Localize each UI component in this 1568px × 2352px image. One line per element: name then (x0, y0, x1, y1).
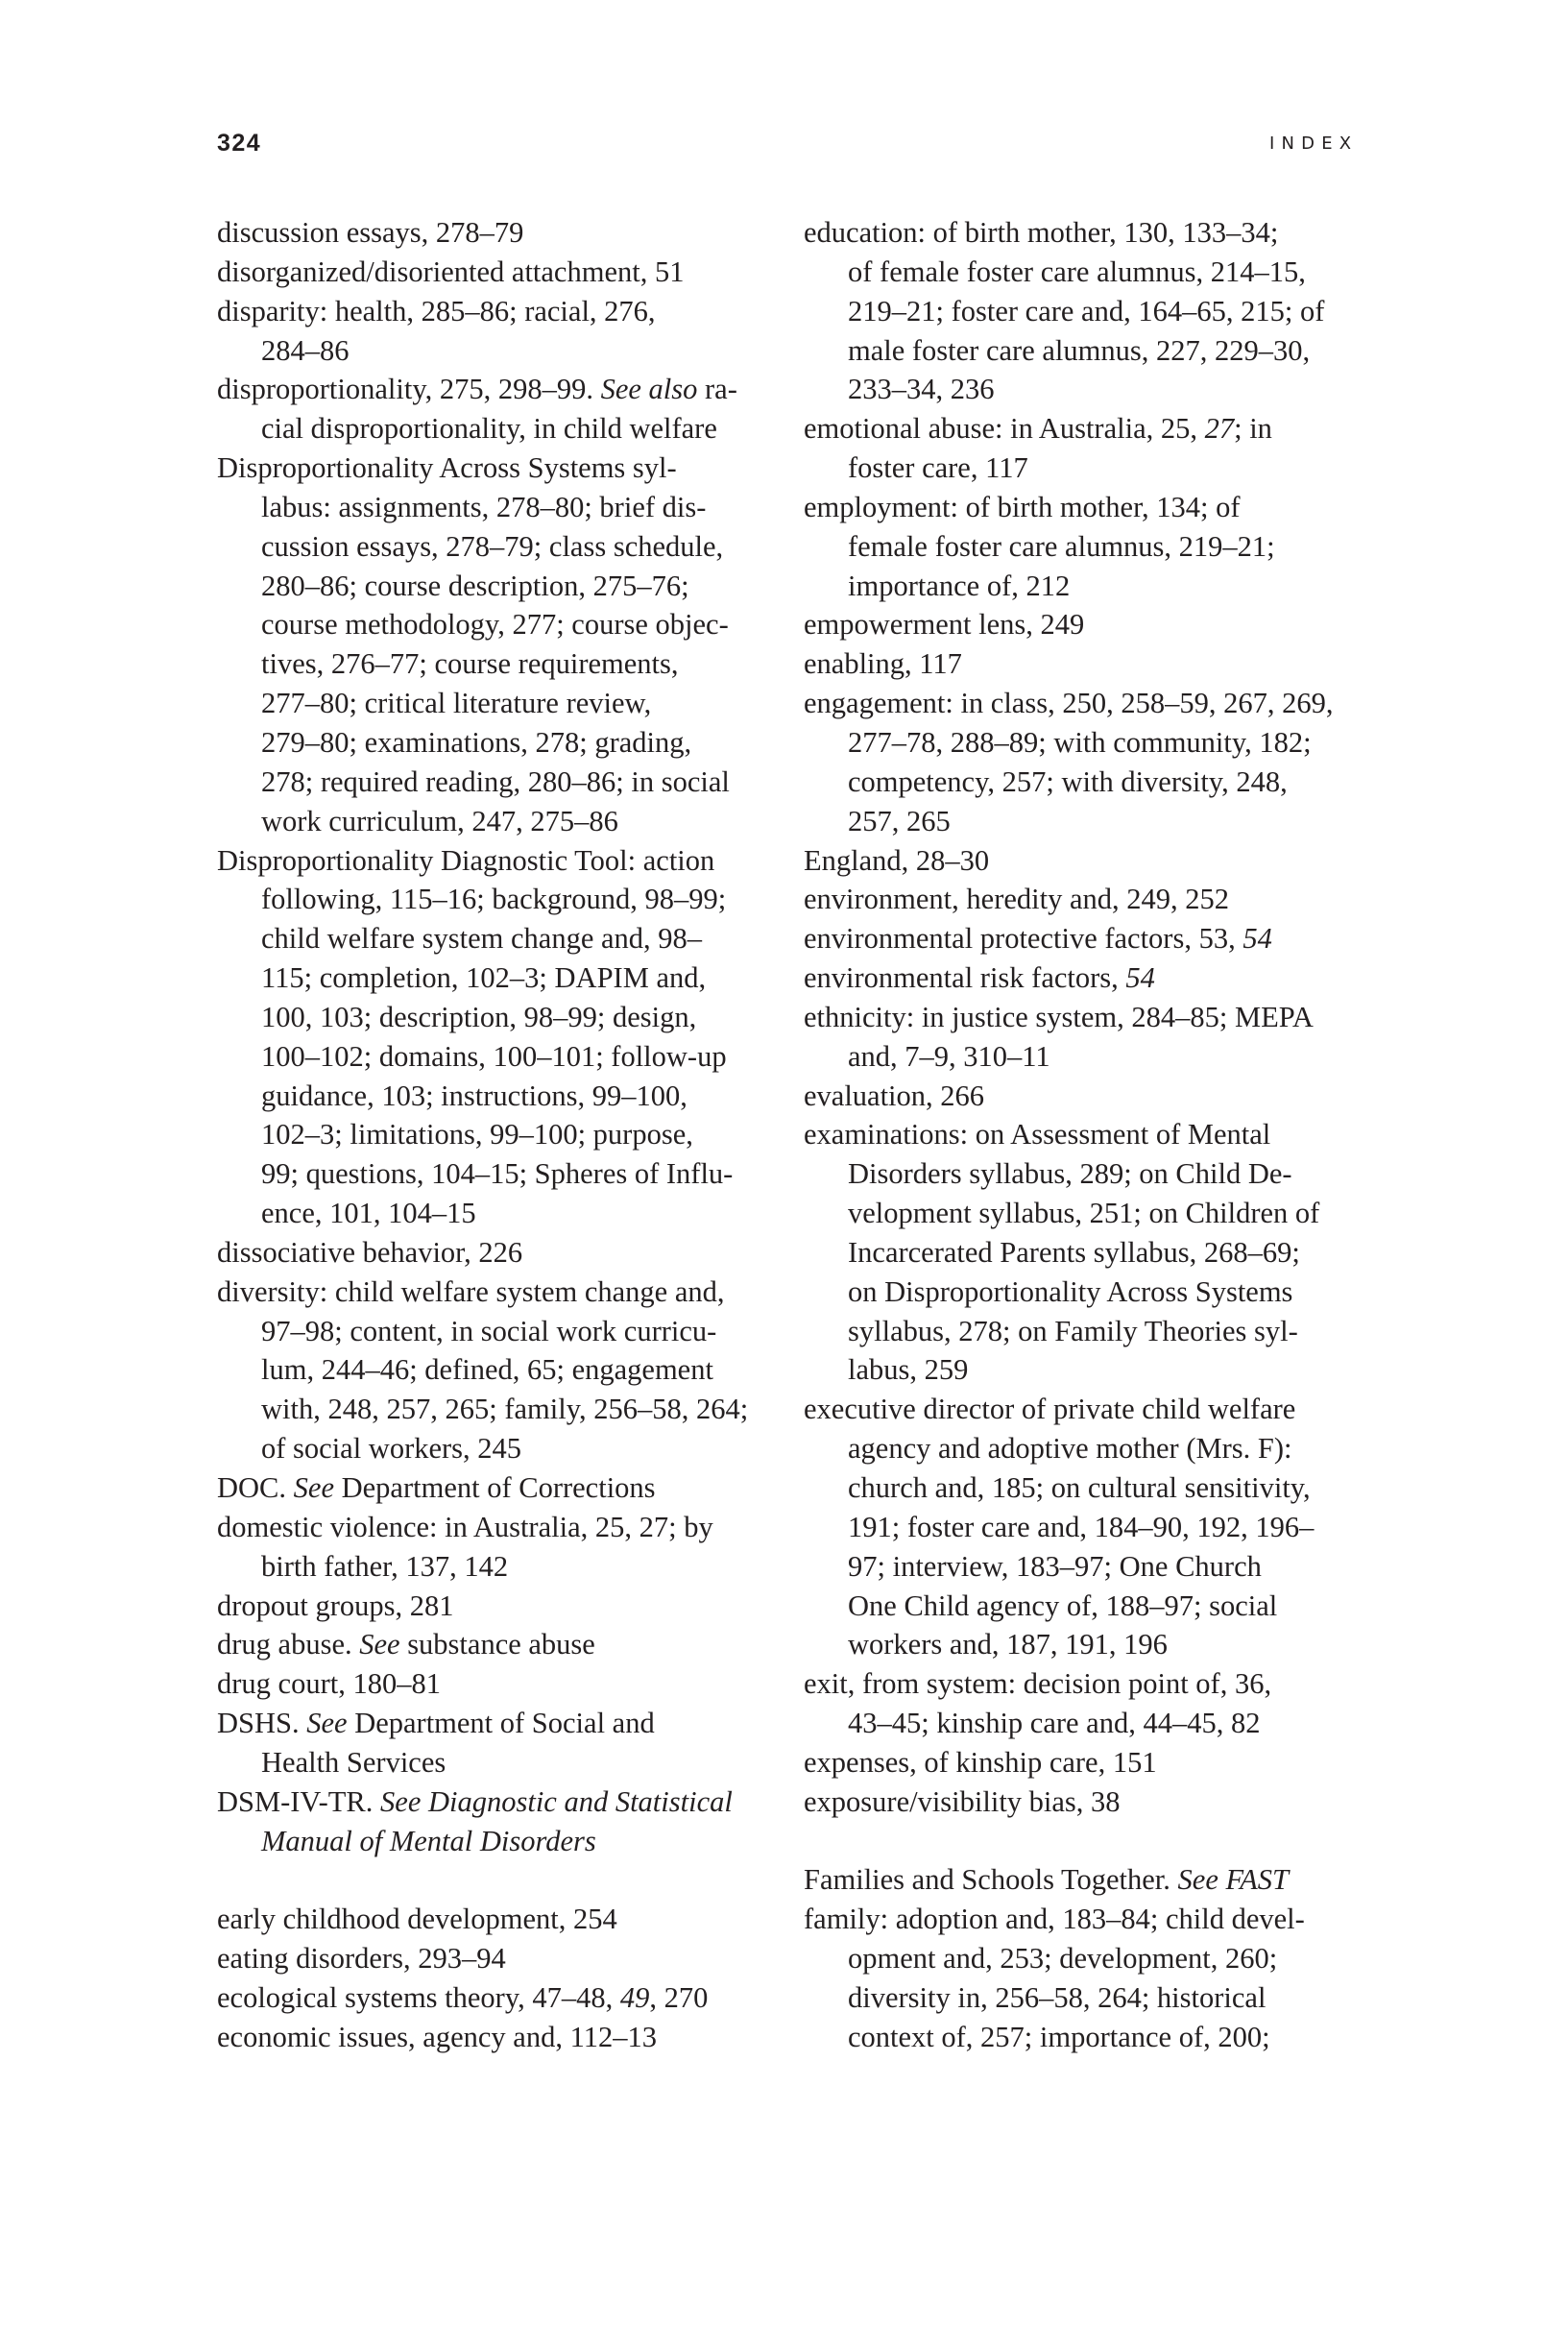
entry-text: importance of, 212 (848, 570, 1070, 602)
entry-text: guidance, 103; instructions, 99–100, (261, 1079, 688, 1112)
entry-text: cussion essays, 278–79; class schedule, (261, 530, 723, 563)
italic-text: 54 (1242, 922, 1272, 955)
index-entry: evaluation, 266 (804, 1077, 1361, 1116)
index-entry-continuation: 277–80; critical literature review, (217, 684, 764, 723)
index-entry: environmental risk factors, 54 (804, 958, 1361, 998)
entry-text: Department of Social and (348, 1707, 655, 1739)
entry-text: cial disproportionality, in child welfar… (261, 412, 717, 445)
entry-text: economic issues, agency and, 112–13 (217, 2021, 657, 2053)
index-entry: domestic violence: in Australia, 25, 27;… (217, 1508, 764, 1547)
entry-text: Incarcerated Parents syllabus, 268–69; (848, 1236, 1300, 1269)
entry-text: diversity in, 256–58, 264; historical (848, 1981, 1266, 2014)
index-entry-continuation: labus: assignments, 278–80; brief dis- (217, 488, 764, 527)
entry-text: Health Services (261, 1746, 446, 1779)
index-entry-continuation: 191; foster care and, 184–90, 192, 196– (804, 1508, 1361, 1547)
entry-text: agency and adoptive mother (Mrs. F): (848, 1432, 1291, 1465)
entry-text: drug court, 180–81 (217, 1667, 441, 1700)
entry-text: early childhood development, 254 (217, 1903, 617, 1935)
index-entry-continuation: workers and, 187, 191, 196 (804, 1625, 1361, 1664)
italic-text: 49 (620, 1981, 650, 2014)
index-entry-continuation: opment and, 253; development, 260; (804, 1939, 1361, 1978)
entry-text: course methodology, 277; course objec- (261, 608, 729, 641)
entry-text: 233–34, 236 (848, 373, 995, 405)
entry-text: eating disorders, 293–94 (217, 1942, 506, 1975)
entry-text: 278; required reading, 280–86; in social (261, 765, 730, 798)
index-entry-continuation: labus, 259 (804, 1350, 1361, 1390)
index-entry: economic issues, agency and, 112–13 (217, 2018, 764, 2057)
index-entry-continuation: and, 7–9, 310–11 (804, 1037, 1361, 1077)
index-entry-continuation: context of, 257; importance of, 200; (804, 2018, 1361, 2057)
index-entry-continuation: 97–98; content, in social work curricu- (217, 1312, 764, 1351)
index-entry-continuation: One Child agency of, 188–97; social (804, 1587, 1361, 1626)
entry-text: education: of birth mother, 130, 133–34; (804, 216, 1278, 249)
index-entry-continuation: 102–3; limitations, 99–100; purpose, (217, 1115, 764, 1154)
entry-text: ; in (1234, 412, 1272, 445)
index-entry-continuation: course methodology, 277; course objec- (217, 605, 764, 644)
entry-text: enabling, 117 (804, 647, 962, 680)
letter-group-gap (804, 1822, 1361, 1861)
entry-text: 100–102; domains, 100–101; follow-up (261, 1040, 727, 1073)
index-entry: expenses, of kinship care, 151 (804, 1743, 1361, 1782)
index-entry-continuation: 284–86 (217, 331, 764, 371)
index-entry-continuation: 257, 265 (804, 802, 1361, 841)
entry-text: domestic violence: in Australia, 25, 27;… (217, 1511, 713, 1543)
index-entry-continuation: diversity in, 256–58, 264; historical (804, 1978, 1361, 2018)
entry-text: Families and Schools Together. (804, 1863, 1178, 1896)
index-entry-continuation: Manual of Mental Disorders (217, 1822, 764, 1861)
index-entry-continuation: foster care, 117 (804, 449, 1361, 488)
entry-text: diversity: child welfare system change a… (217, 1275, 725, 1308)
entry-text: lum, 244–46; defined, 65; engagement (261, 1353, 713, 1386)
entry-text: competency, 257; with diversity, 248, (848, 765, 1288, 798)
entry-text: opment and, 253; development, 260; (848, 1942, 1277, 1975)
entry-text: engagement: in class, 250, 258–59, 267, … (804, 687, 1333, 719)
entry-text: expenses, of kinship care, 151 (804, 1746, 1157, 1779)
index-entry-continuation: child welfare system change and, 98– (217, 919, 764, 958)
entry-text: Disproportionality Across Systems syl- (217, 451, 677, 484)
index-entry-continuation: 233–34, 236 (804, 370, 1361, 409)
index-entry-continuation: competency, 257; with diversity, 248, (804, 763, 1361, 802)
index-entry-continuation: with, 248, 257, 265; family, 256–58, 264… (217, 1390, 764, 1429)
index-entry-continuation: 279–80; examinations, 278; grading, (217, 723, 764, 763)
index-entry-continuation: velopment syllabus, 251; on Children of (804, 1194, 1361, 1233)
entry-text: church and, 185; on cultural sensitivity… (848, 1471, 1311, 1504)
entry-text: DSM-IV-TR. (217, 1785, 380, 1818)
index-entry: family: adoption and, 183–84; child deve… (804, 1900, 1361, 1939)
entry-text: environment, heredity and, 249, 252 (804, 883, 1229, 915)
index-entry: diversity: child welfare system change a… (217, 1273, 764, 1312)
entry-text: 99; questions, 104–15; Spheres of Influ- (261, 1157, 733, 1190)
index-entry-continuation: church and, 185; on cultural sensitivity… (804, 1468, 1361, 1508)
italic-text: 54 (1125, 961, 1155, 994)
index-entry-continuation: female foster care alumnus, 219–21; (804, 527, 1361, 567)
index-entry: executive director of private child welf… (804, 1390, 1361, 1429)
entry-text: foster care, 117 (848, 451, 1028, 484)
index-entry-continuation: 280–86; course description, 275–76; (217, 567, 764, 606)
index-entry: early childhood development, 254 (217, 1900, 764, 1939)
entry-text: One Child agency of, 188–97; social (848, 1589, 1277, 1622)
index-column-right: education: of birth mother, 130, 133–34;… (804, 213, 1361, 2057)
entry-text: tives, 276–77; course requirements, (261, 647, 679, 680)
entry-text: executive director of private child welf… (804, 1393, 1295, 1425)
index-entry-continuation: lum, 244–46; defined, 65; engagement (217, 1350, 764, 1390)
index-entry: Disproportionality Across Systems syl- (217, 449, 764, 488)
index-entry: empowerment lens, 249 (804, 605, 1361, 644)
index-entry: disproportionality, 275, 298–99. See als… (217, 370, 764, 409)
index-entry-continuation: guidance, 103; instructions, 99–100, (217, 1077, 764, 1116)
letter-group-gap (217, 1860, 764, 1900)
entry-text: Department of Corrections (334, 1471, 656, 1504)
entry-text: disproportionality, 275, 298–99. (217, 373, 601, 405)
entry-text: child welfare system change and, 98– (261, 922, 702, 955)
index-entry-continuation: 97; interview, 183–97; One Church (804, 1547, 1361, 1587)
italic-text: See also (601, 373, 698, 405)
entry-text: DSHS. (217, 1707, 306, 1739)
index-entry-continuation: 100–102; domains, 100–101; follow-up (217, 1037, 764, 1077)
entry-text: male foster care alumnus, 227, 229–30, (848, 334, 1310, 367)
entry-text: employment: of birth mother, 134; of (804, 491, 1241, 523)
index-entry: education: of birth mother, 130, 133–34; (804, 213, 1361, 253)
index-entry: drug abuse. See substance abuse (217, 1625, 764, 1664)
index-entry: engagement: in class, 250, 258–59, 267, … (804, 684, 1361, 723)
index-entry: enabling, 117 (804, 644, 1361, 684)
index-entry-continuation: 99; questions, 104–15; Spheres of Influ- (217, 1154, 764, 1194)
index-entry: examinations: on Assessment of Mental (804, 1115, 1361, 1154)
entry-text: ecological systems theory, 47–48, (217, 1981, 620, 2014)
index-entry-continuation: following, 115–16; background, 98–99; (217, 880, 764, 919)
index-entry-continuation: work curriculum, 247, 275–86 (217, 802, 764, 841)
entry-text: 277–78, 288–89; with community, 182; (848, 726, 1312, 759)
index-column-left: discussion essays, 278–79disorganized/di… (217, 213, 764, 2057)
entry-text: with, 248, 257, 265; family, 256–58, 264… (261, 1393, 748, 1425)
index-entry-continuation: 278; required reading, 280–86; in social (217, 763, 764, 802)
entry-text: context of, 257; importance of, 200; (848, 2021, 1270, 2053)
index-entry-continuation: 277–78, 288–89; with community, 182; (804, 723, 1361, 763)
entry-text: 219–21; foster care and, 164–65, 215; of (848, 295, 1324, 327)
entry-text: on Disproportionality Across Systems (848, 1275, 1292, 1308)
entry-text: 100, 103; description, 98–99; design, (261, 1001, 696, 1033)
index-entry: eating disorders, 293–94 (217, 1939, 764, 1978)
index-entry-continuation: 219–21; foster care and, 164–65, 215; of (804, 292, 1361, 331)
italic-text: See FAST (1178, 1863, 1290, 1896)
index-entry-continuation: Disorders syllabus, 289; on Child De- (804, 1154, 1361, 1194)
index-entry-continuation: male foster care alumnus, 227, 229–30, (804, 331, 1361, 371)
index-entry-continuation: 43–45; kinship care and, 44–45, 82 (804, 1704, 1361, 1743)
index-entry: disparity: health, 285–86; racial, 276, (217, 292, 764, 331)
index-entry-continuation: syllabus, 278; on Family Theories syl- (804, 1312, 1361, 1351)
index-entry: emotional abuse: in Australia, 25, 27; i… (804, 409, 1361, 449)
entry-text: disparity: health, 285–86; racial, 276, (217, 295, 656, 327)
entry-text: and, 7–9, 310–11 (848, 1040, 1050, 1073)
index-entry-continuation: on Disproportionality Across Systems (804, 1273, 1361, 1312)
index-entry: drug court, 180–81 (217, 1664, 764, 1704)
index-entry: exposure/visibility bias, 38 (804, 1782, 1361, 1822)
entry-text: emotional abuse: in Australia, 25, (804, 412, 1205, 445)
entry-text: velopment syllabus, 251; on Children of (848, 1197, 1319, 1229)
entry-text: England, 28–30 (804, 844, 989, 877)
entry-text: 280–86; course description, 275–76; (261, 570, 689, 602)
entry-text: environmental protective factors, 53, (804, 922, 1242, 955)
index-entry: exit, from system: decision point of, 36… (804, 1664, 1361, 1704)
entry-text: work curriculum, 247, 275–86 (261, 805, 618, 837)
entry-text: examinations: on Assessment of Mental (804, 1118, 1270, 1151)
entry-text: 97; interview, 183–97; One Church (848, 1550, 1262, 1583)
entry-text: of social workers, 245 (261, 1432, 521, 1465)
index-entry: Families and Schools Together. See FAST (804, 1860, 1361, 1900)
index-entry-continuation: 100, 103; description, 98–99; design, (217, 998, 764, 1037)
entry-text: substance abuse (400, 1628, 595, 1661)
entry-text: ethnicity: in justice system, 284–85; ME… (804, 1001, 1314, 1033)
entry-text: 277–80; critical literature review, (261, 687, 651, 719)
index-entry: dissociative behavior, 226 (217, 1233, 764, 1273)
index-entry: ecological systems theory, 47–48, 49, 27… (217, 1978, 764, 2018)
entry-text: birth father, 137, 142 (261, 1550, 508, 1583)
index-entry: employment: of birth mother, 134; of (804, 488, 1361, 527)
index-entry-continuation: agency and adoptive mother (Mrs. F): (804, 1429, 1361, 1468)
entry-text: disorganized/disoriented attachment, 51 (217, 255, 684, 288)
index-entry-continuation: Health Services (217, 1743, 764, 1782)
italic-text: See (359, 1628, 399, 1661)
entry-text: dissociative behavior, 226 (217, 1236, 522, 1269)
index-entry-continuation: birth father, 137, 142 (217, 1547, 764, 1587)
index-entry-continuation: cussion essays, 278–79; class schedule, (217, 527, 764, 567)
entry-text: environmental risk factors, (804, 961, 1125, 994)
index-entry-continuation: ence, 101, 104–15 (217, 1194, 764, 1233)
index-entry: ethnicity: in justice system, 284–85; ME… (804, 998, 1361, 1037)
entry-text: 97–98; content, in social work curricu- (261, 1315, 716, 1347)
index-entry-continuation: tives, 276–77; course requirements, (217, 644, 764, 684)
page-number: 324 (217, 129, 261, 158)
italic-text: See Diagnostic and Statistical (380, 1785, 733, 1818)
entry-text: ence, 101, 104–15 (261, 1197, 476, 1229)
index-entry: environment, heredity and, 249, 252 (804, 880, 1361, 919)
index-entry: DSHS. See Department of Social and (217, 1704, 764, 1743)
entry-text: , 270 (649, 1981, 708, 2014)
entry-text: ra- (697, 373, 736, 405)
entry-text: exit, from system: decision point of, 36… (804, 1667, 1271, 1700)
entry-text: 191; foster care and, 184–90, 192, 196– (848, 1511, 1314, 1543)
entry-text: 257, 265 (848, 805, 951, 837)
section-title: INDEX (1269, 132, 1358, 157)
index-entry: England, 28–30 (804, 841, 1361, 881)
entry-text: female foster care alumnus, 219–21; (848, 530, 1275, 563)
entry-text: 279–80; examinations, 278; grading, (261, 726, 691, 759)
entry-text: 115; completion, 102–3; DAPIM and, (261, 961, 706, 994)
index-entry-continuation: Incarcerated Parents syllabus, 268–69; (804, 1233, 1361, 1273)
index-entry-continuation: of female foster care alumnus, 214–15, (804, 253, 1361, 292)
index-entry-continuation: cial disproportionality, in child welfar… (217, 409, 764, 449)
entry-text: empowerment lens, 249 (804, 608, 1084, 641)
index-entry-continuation: 115; completion, 102–3; DAPIM and, (217, 958, 764, 998)
index-entry: DOC. See Department of Corrections (217, 1468, 764, 1508)
entry-text: Disproportionality Diagnostic Tool: acti… (217, 844, 714, 877)
entry-text: DOC. (217, 1471, 294, 1504)
entry-text: syllabus, 278; on Family Theories syl- (848, 1315, 1298, 1347)
italic-text: 27 (1205, 412, 1235, 445)
entry-text: of female foster care alumnus, 214–15, (848, 255, 1306, 288)
entry-text: exposure/visibility bias, 38 (804, 1785, 1121, 1818)
index-entry: dropout groups, 281 (217, 1587, 764, 1626)
index-entry: disorganized/disoriented attachment, 51 (217, 253, 764, 292)
entry-text: 43–45; kinship care and, 44–45, 82 (848, 1707, 1260, 1739)
index-entry-continuation: of social workers, 245 (217, 1429, 764, 1468)
entry-text: labus, 259 (848, 1353, 968, 1386)
entry-text: discussion essays, 278–79 (217, 216, 523, 249)
entry-text: 284–86 (261, 334, 350, 367)
entry-text: dropout groups, 281 (217, 1589, 454, 1622)
entry-text: Disorders syllabus, 289; on Child De- (848, 1157, 1292, 1190)
entry-text: following, 115–16; background, 98–99; (261, 883, 726, 915)
italic-text: See (294, 1471, 334, 1504)
entry-text: workers and, 187, 191, 196 (848, 1628, 1168, 1661)
entry-text: family: adoption and, 183–84; child deve… (804, 1903, 1305, 1935)
index-entry: discussion essays, 278–79 (217, 213, 764, 253)
entry-text: labus: assignments, 278–80; brief dis- (261, 491, 706, 523)
index-entry: Disproportionality Diagnostic Tool: acti… (217, 841, 764, 881)
entry-text: 102–3; limitations, 99–100; purpose, (261, 1118, 693, 1151)
entry-text: evaluation, 266 (804, 1079, 984, 1112)
italic-text: See (306, 1707, 347, 1739)
entry-text: drug abuse. (217, 1628, 359, 1661)
running-head: 324 INDEX (0, 129, 1568, 158)
index-entry: environmental protective factors, 53, 54 (804, 919, 1361, 958)
index-entry: DSM-IV-TR. See Diagnostic and Statistica… (217, 1782, 764, 1822)
italic-text: Manual of Mental Disorders (261, 1825, 596, 1857)
index-entry-continuation: importance of, 212 (804, 567, 1361, 606)
